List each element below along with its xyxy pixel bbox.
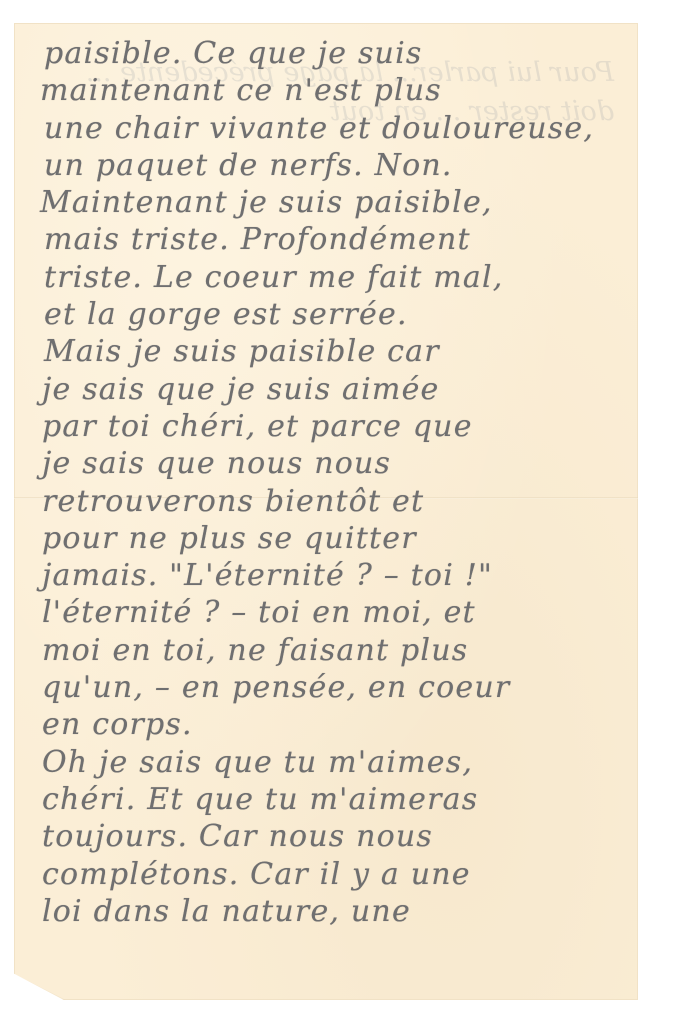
- text-line: retrouverons bientôt et: [40, 483, 640, 520]
- folded-corner: [14, 974, 66, 1000]
- text-line: loi dans la nature, une: [40, 893, 640, 930]
- text-line: qu'un, – en pensée, en coeur: [40, 669, 640, 706]
- text-line: en corps.: [40, 706, 640, 743]
- text-line: moi en toi, ne faisant plus: [40, 632, 640, 669]
- text-line: une chair vivante et douloureuse,: [40, 110, 640, 147]
- text-line: toujours. Car nous nous: [40, 818, 640, 855]
- text-line: mais triste. Profondément: [40, 221, 640, 258]
- text-line: un paquet de nerfs. Non.: [40, 147, 640, 184]
- letter-page: Pour lui parler... la page précédente ..…: [14, 23, 638, 1000]
- text-line: je sais que nous nous: [40, 445, 640, 482]
- text-line: jamais. "L'éternité ? – toi !": [40, 557, 640, 594]
- text-line: je sais que je suis aimée: [40, 371, 640, 408]
- text-line: maintenant ce n'est plus: [40, 72, 640, 109]
- text-line: par toi chéri, et parce que: [40, 408, 640, 445]
- text-line: Maintenant je suis paisible,: [40, 184, 640, 221]
- text-line: et la gorge est serrée.: [40, 296, 640, 333]
- text-line: complétons. Car il y a une: [40, 856, 640, 893]
- text-line: paisible. Ce que je suis: [40, 35, 640, 72]
- handwritten-text: paisible. Ce que je suis maintenant ce n…: [40, 35, 640, 930]
- text-line: Oh je sais que tu m'aimes,: [40, 744, 640, 781]
- text-line: pour ne plus se quitter: [40, 520, 640, 557]
- text-line: Mais je suis paisible car: [40, 333, 640, 370]
- text-line: chéri. Et que tu m'aimeras: [40, 781, 640, 818]
- text-line: l'éternité ? – toi en moi, et: [40, 594, 640, 631]
- text-line: triste. Le coeur me fait mal,: [40, 259, 640, 296]
